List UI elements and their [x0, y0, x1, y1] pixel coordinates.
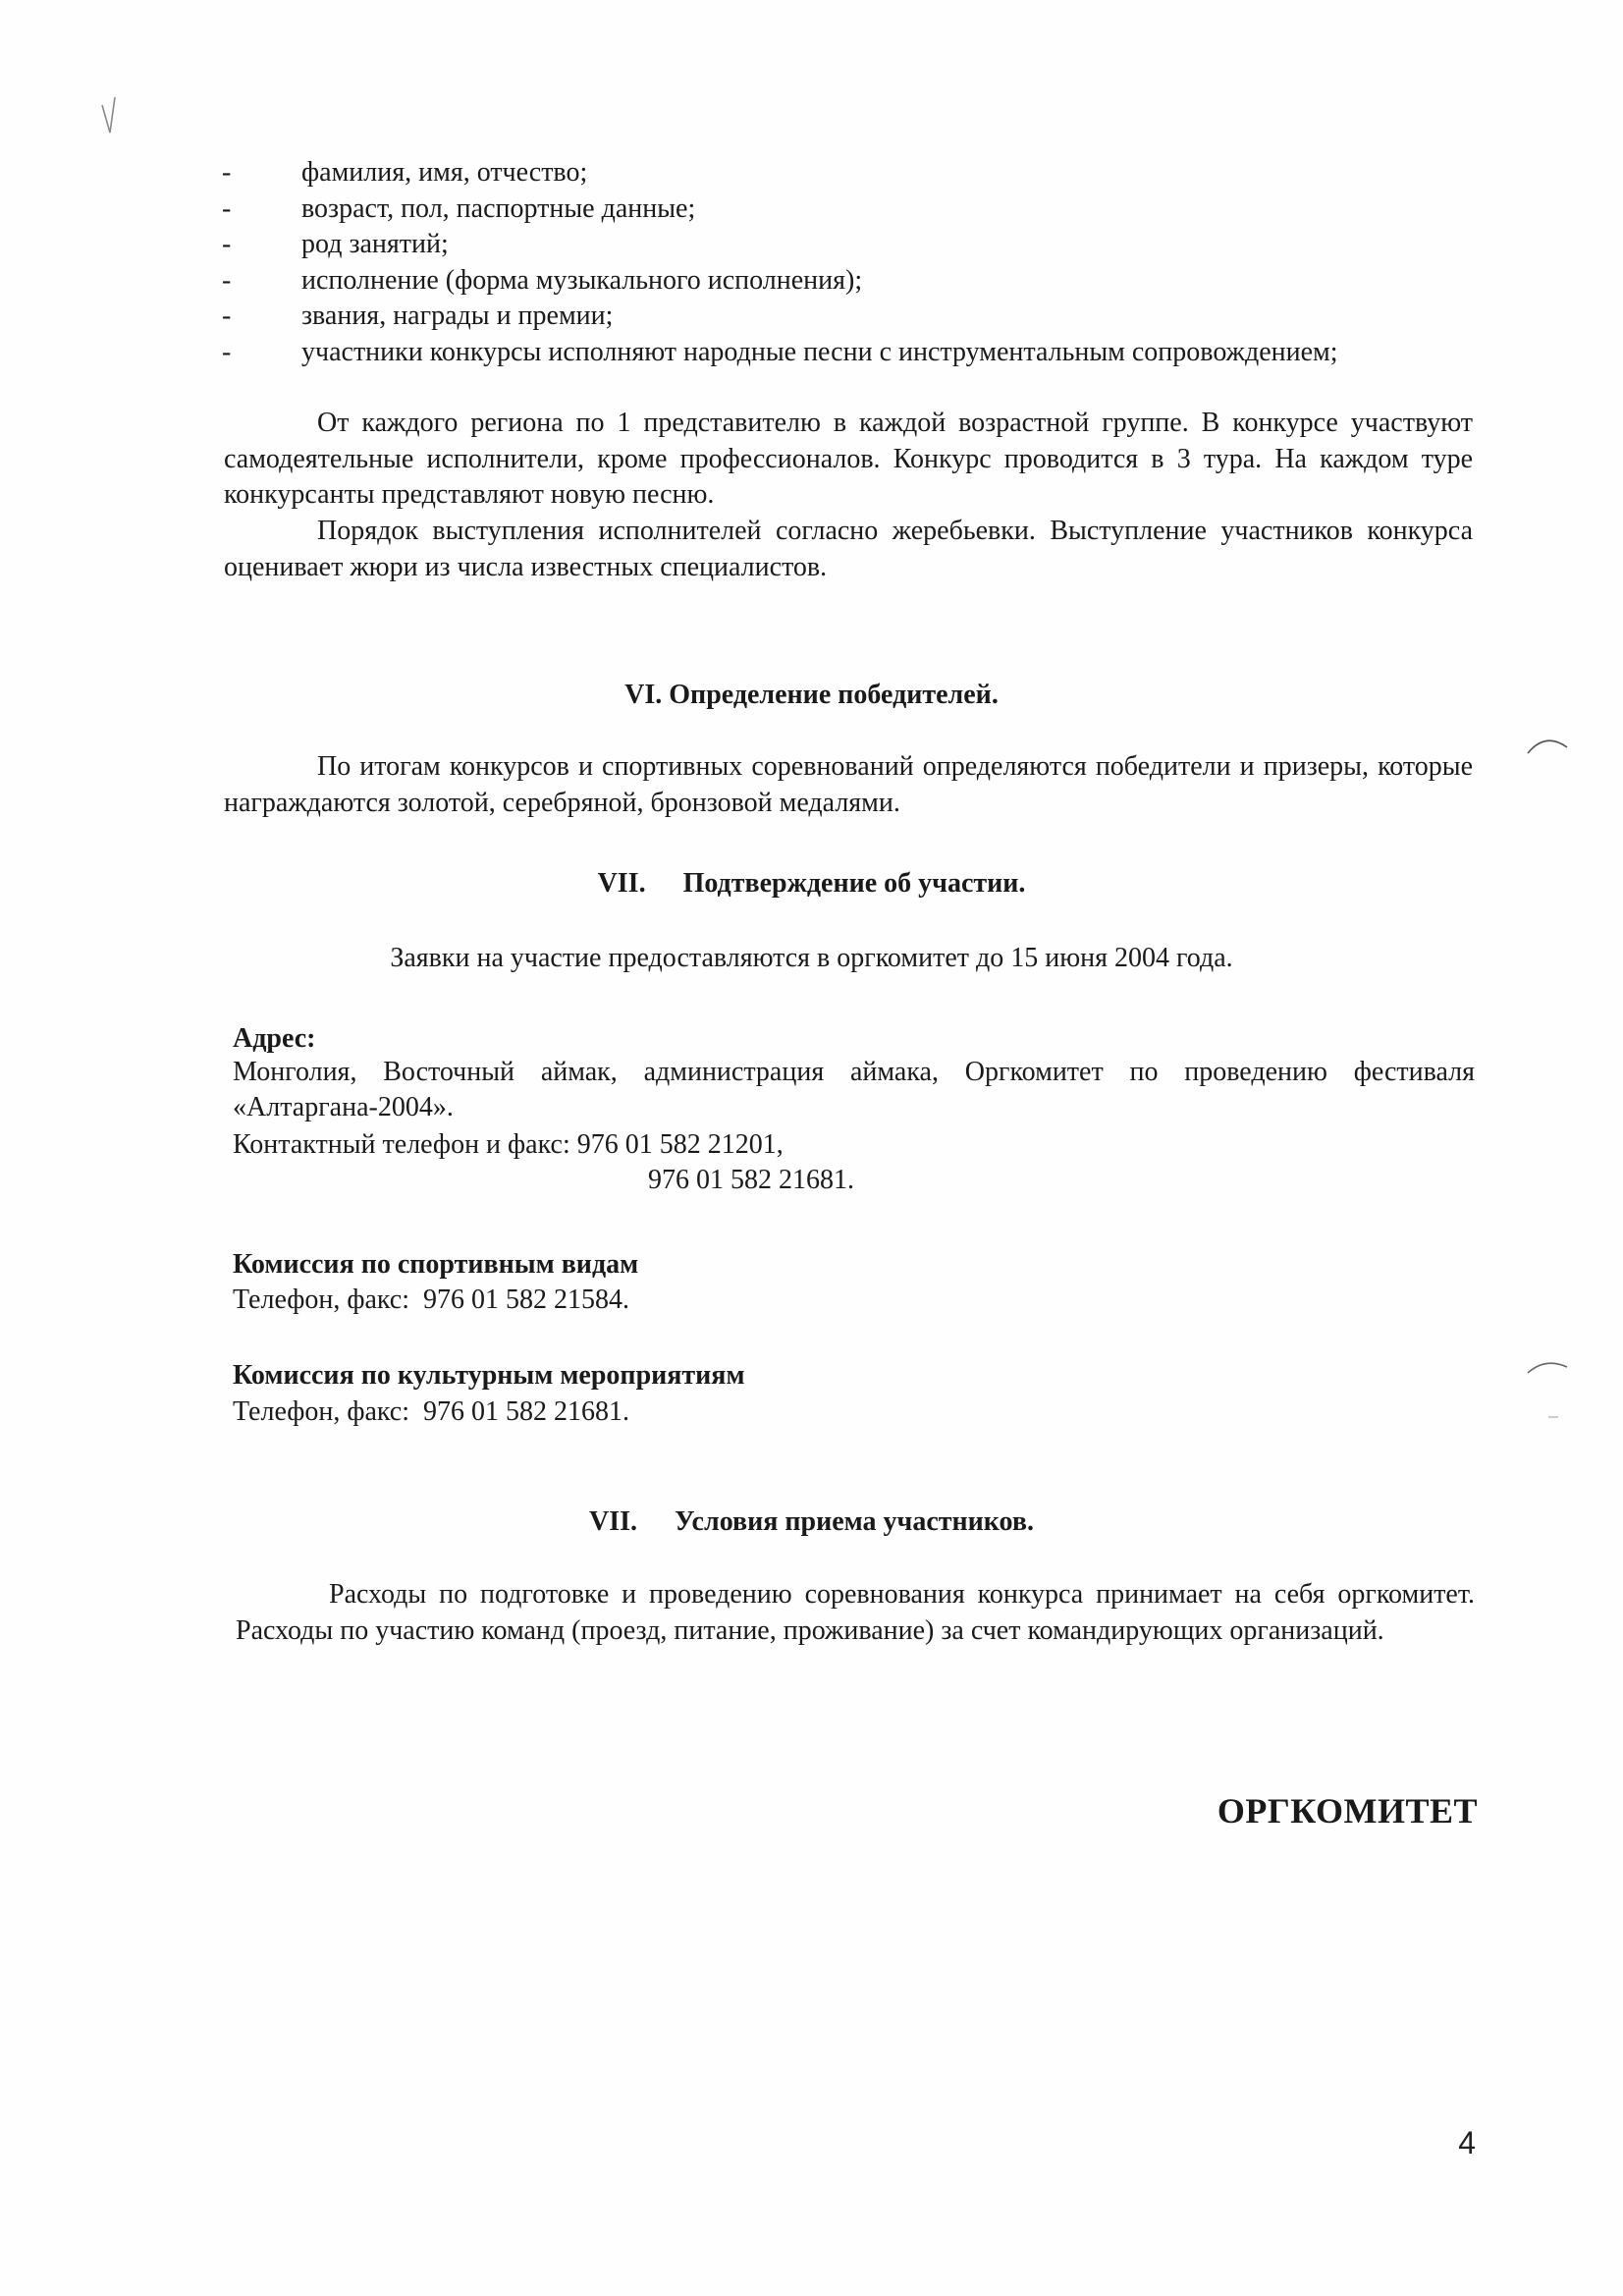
list-item: - возраст, пол, паспортные данные; — [218, 191, 1473, 228]
bullet-dash: - — [222, 155, 231, 191]
page-number: 4 — [1458, 2125, 1476, 2160]
section-title: Определение победителей. — [669, 680, 999, 710]
bullet-dash: - — [222, 335, 231, 371]
commission-sports-phone-line: Телефон, факс: 976 01 582 21584. — [233, 1283, 1475, 1318]
list-item: - звания, награды и премии; — [218, 299, 1473, 335]
commission-culture-phone-line: Телефон, факс: 976 01 582 21681. — [233, 1394, 1475, 1430]
list-item: - фамилия, имя, отчество; — [218, 155, 1473, 191]
document-page: - фамилия, имя, отчество; - возраст, пол… — [0, 0, 1623, 2296]
paragraph-representatives: От каждого региона по 1 представителю в … — [224, 406, 1473, 514]
bullet-dash: - — [222, 227, 231, 263]
bullet-dash: - — [222, 299, 231, 335]
paragraph-conditions: Расходы по подготовке и проведению сорев… — [236, 1577, 1475, 1649]
section-heading-winners: VI. Определение победителей. — [0, 678, 1623, 713]
contact-phone-line: Контактный телефон и факс: 976 01 582 21… — [233, 1127, 1475, 1163]
section-number: VII. — [589, 1504, 637, 1540]
contact-phone-2: 976 01 582 21681. — [648, 1163, 854, 1198]
list-item-text: род занятий; — [301, 229, 449, 259]
section-title: Условия приема участников. — [675, 1506, 1034, 1537]
list-item: - род занятий; — [218, 227, 1473, 263]
list-item-text: возраст, пол, паспортные данные; — [301, 193, 695, 224]
list-item: - участники конкурсы исполняют народные … — [218, 335, 1473, 371]
list-item-text: звания, награды и премии; — [301, 301, 613, 331]
phone-label: Телефон, факс: — [233, 1285, 409, 1315]
phone-number: 976 01 582 21681. — [423, 1396, 629, 1427]
section-heading-confirmation: VII.Подтверждение об участии. — [0, 866, 1623, 902]
contact-phone-1: 976 01 582 21201, — [577, 1129, 784, 1160]
section-heading-conditions: VII.Условия приема участников. — [0, 1504, 1623, 1540]
punch-hole-mark-icon — [1524, 1353, 1573, 1383]
address-text: Монголия, Восточный аймак, администрация… — [233, 1055, 1475, 1125]
phone-label: Телефон, факс: — [233, 1396, 409, 1427]
section-number: VII. — [598, 866, 646, 902]
address-label: Адрес: — [233, 1021, 1475, 1057]
commission-culture-title: Комиссия по культурным мероприятиям — [233, 1358, 1475, 1394]
list-item-text: фамилия, имя, отчество; — [301, 157, 587, 188]
bullet-dash: - — [222, 263, 231, 300]
requirements-list: - фамилия, имя, отчество; - возраст, пол… — [218, 155, 1473, 370]
bullet-dash: - — [222, 191, 231, 228]
commission-sports-title: Комиссия по спортивным видам — [233, 1247, 1475, 1283]
paragraph-performance-order: Порядок выступления исполнителей согласн… — [224, 514, 1473, 585]
signature-organizing-committee: ОРГКОМИТЕТ — [1217, 1793, 1478, 1829]
punch-hole-mark-icon — [1524, 732, 1573, 761]
section-number: VI. — [624, 678, 662, 713]
paragraph-winners: По итогам конкурсов и спортивных соревно… — [224, 749, 1473, 821]
check-mark-icon — [98, 93, 128, 137]
contact-label: Контактный телефон и факс: — [233, 1129, 570, 1160]
list-item-text: исполнение (форма музыкального исполнени… — [301, 265, 862, 296]
list-item: - исполнение (форма музыкального исполне… — [218, 263, 1473, 300]
phone-number: 976 01 582 21584. — [423, 1285, 629, 1315]
paragraph-application-deadline: Заявки на участие предоставляются в оргк… — [0, 941, 1623, 976]
scan-dot-icon — [1546, 1414, 1560, 1420]
section-title: Подтверждение об участии. — [683, 868, 1026, 899]
list-item-text: участники конкурсы исполняют народные пе… — [301, 337, 1338, 367]
